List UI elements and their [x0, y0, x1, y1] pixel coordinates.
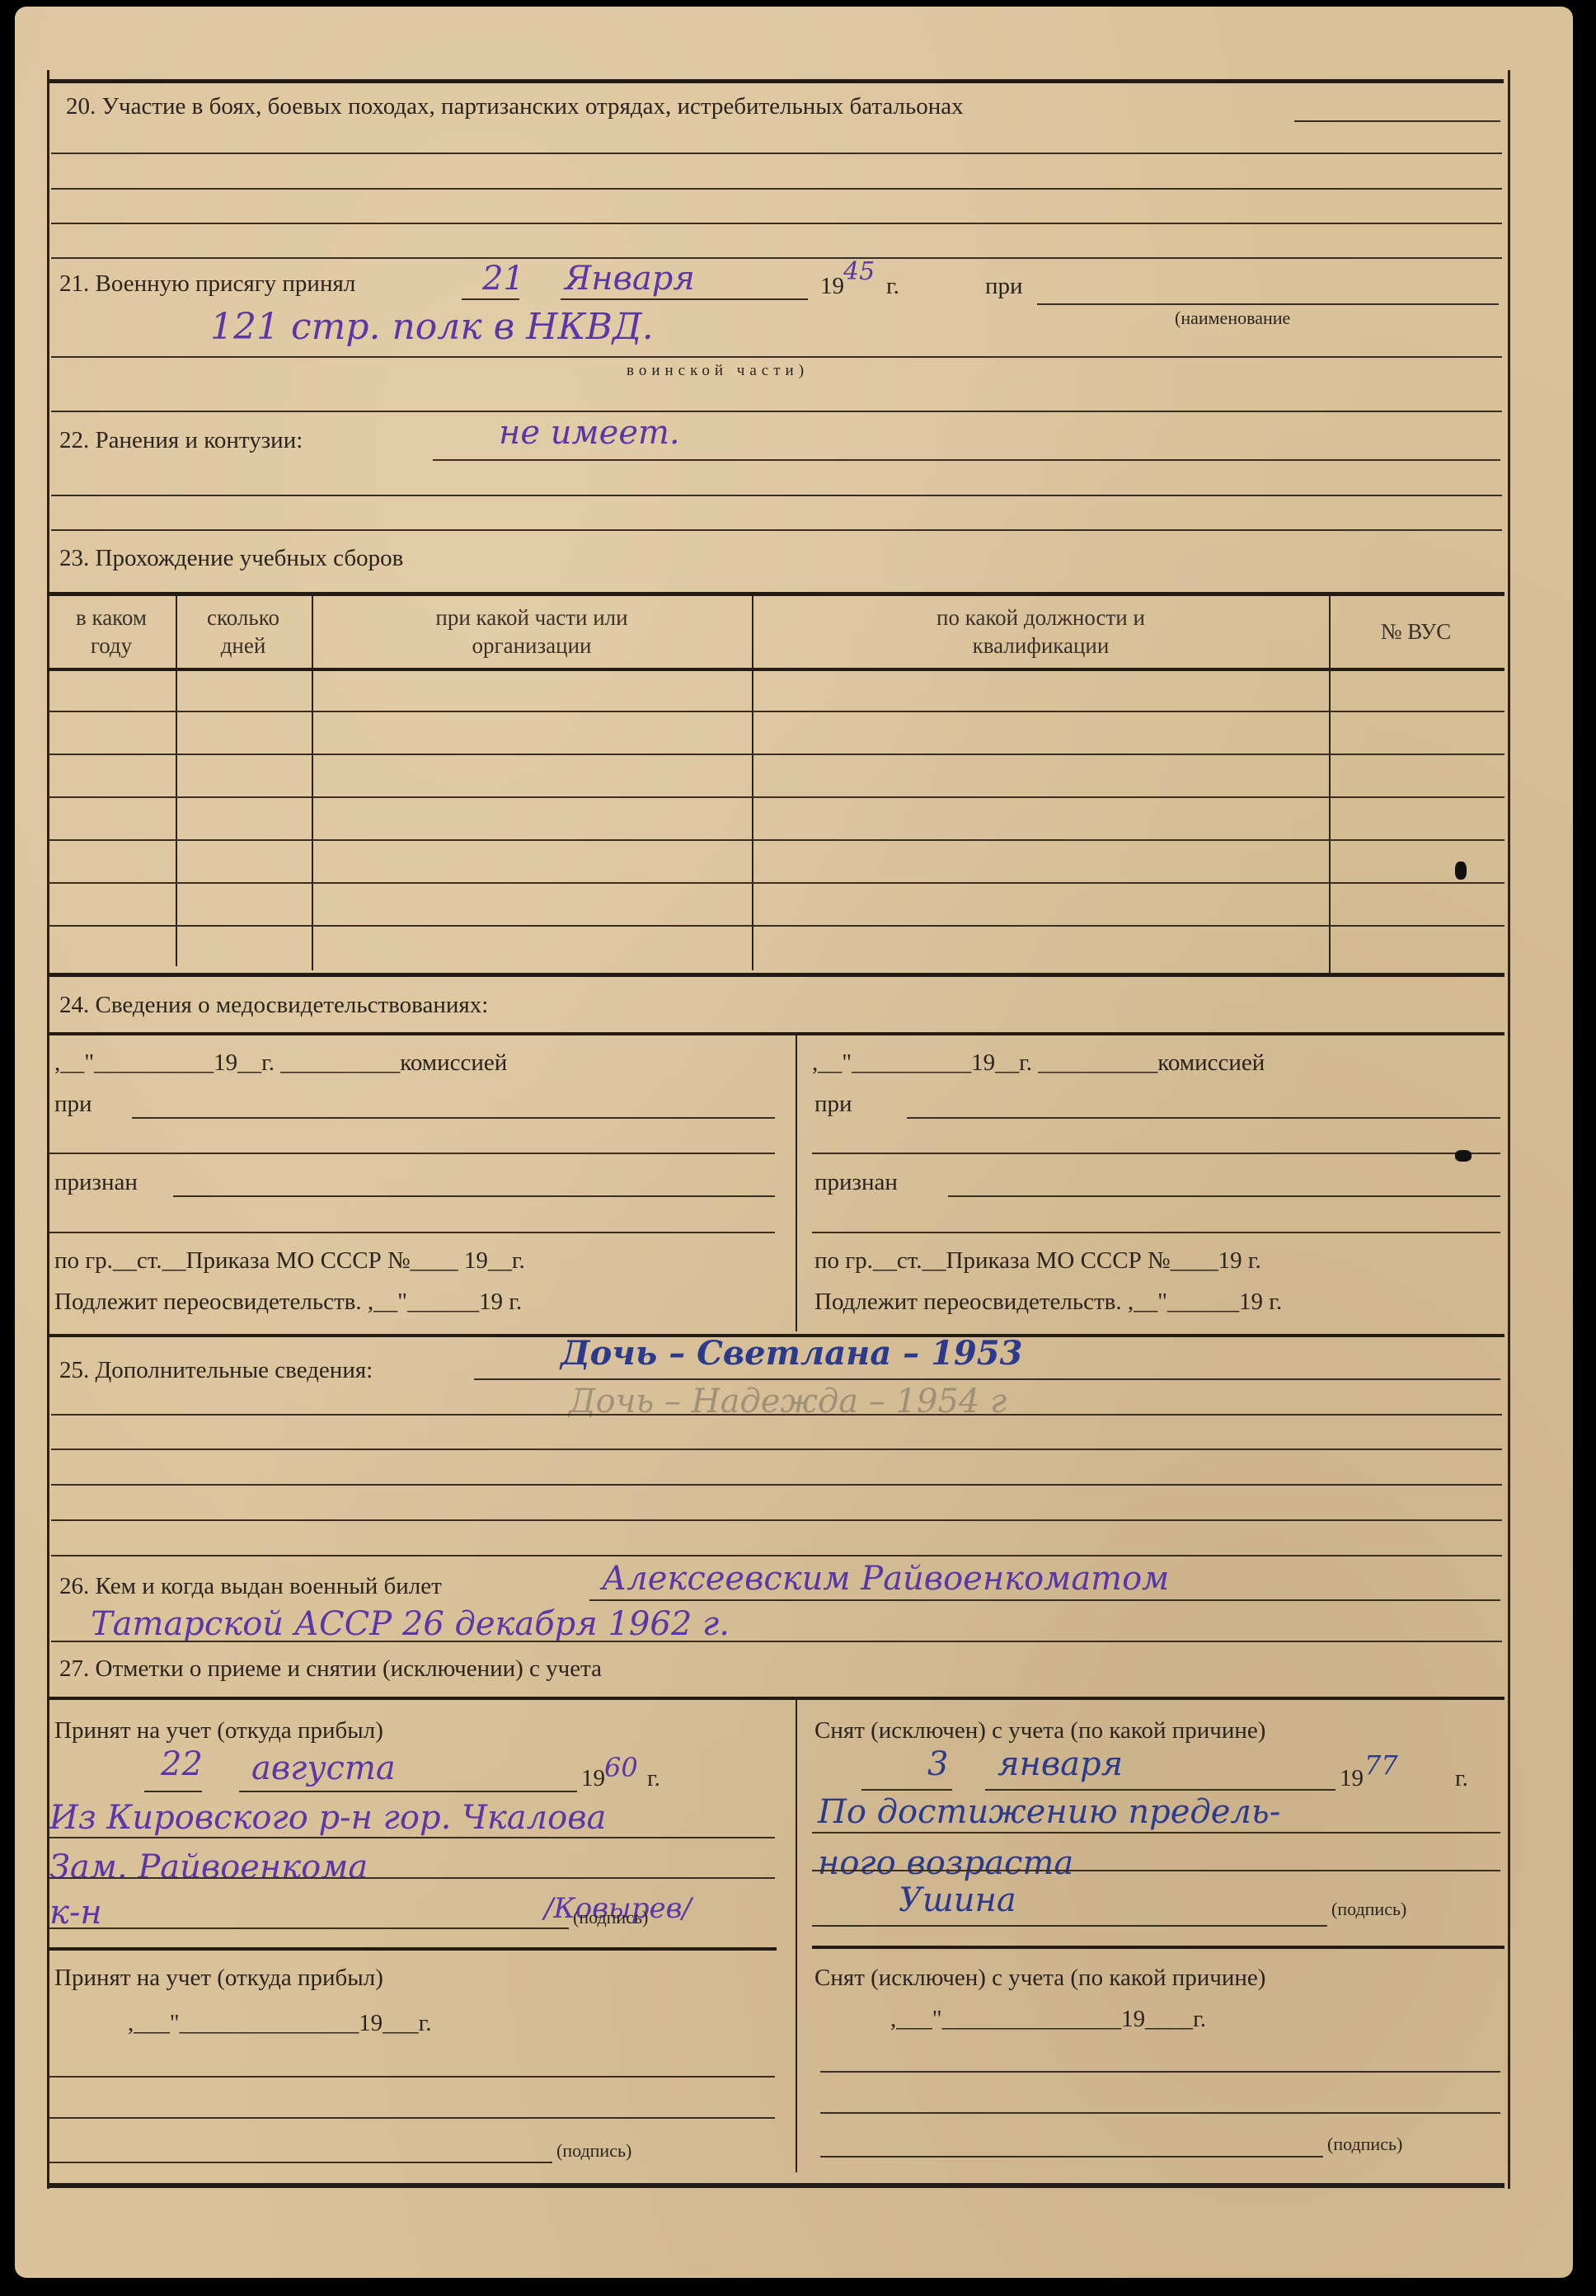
- caption-unit: воинской части): [627, 363, 809, 378]
- col-divider: [796, 1035, 797, 1331]
- underline: [51, 356, 1502, 358]
- underline: [462, 298, 519, 300]
- header-text: дней: [177, 632, 309, 660]
- col-header-year: в каком году: [49, 604, 173, 660]
- accepted-title: Принят на учет (откуда прибыл): [54, 1719, 383, 1743]
- section-26-label: 26. Кем и когда выдан военный билет: [59, 1575, 442, 1599]
- oath-unit: 121 стр. полк в НКВД.: [210, 309, 654, 345]
- divider: [51, 411, 1502, 412]
- med-recheck: Подлежит переосвидетельств. ,__"______19…: [54, 1290, 522, 1314]
- row-line: [47, 925, 1504, 927]
- underline: [49, 1232, 775, 1233]
- underline: [812, 1832, 1500, 1834]
- divider: [47, 1032, 1504, 1035]
- header-text: при какой части или: [313, 604, 750, 632]
- oath-pri: при: [985, 275, 1023, 298]
- removed-month: января: [997, 1748, 1123, 1781]
- header-bottom: [47, 668, 1504, 671]
- underline: [812, 1153, 1500, 1154]
- med-date: ,__"__________19__г. __________комиссией: [812, 1051, 1265, 1075]
- sign-caption: (подпись): [573, 1909, 648, 1927]
- section-21-label: 21. Военную присягу принял: [59, 272, 355, 296]
- oath-year-suffix: 45: [843, 260, 875, 284]
- col-header-vus: № ВУС: [1331, 618, 1500, 646]
- header-text: № ВУС: [1331, 618, 1500, 646]
- ink-blot: [1455, 862, 1467, 880]
- underline: [561, 298, 808, 300]
- removed-reason-2: ного возраста: [818, 1847, 1073, 1880]
- oath-day: 21: [482, 262, 524, 295]
- bottom-border: [47, 2183, 1504, 2188]
- underline: [49, 2117, 775, 2119]
- oath-month: Января: [565, 262, 695, 295]
- removed-year-suffix: 77: [1364, 1752, 1398, 1778]
- section-20-line: [51, 153, 1502, 154]
- divider: [51, 1414, 1502, 1416]
- section-24-label: 24. Сведения о медосвидетельствованиях:: [59, 993, 488, 1017]
- signature-line: [49, 2162, 552, 2163]
- accepted-from: Из Кировского р-н гор. Чкалова: [49, 1801, 606, 1834]
- accepted-year-prefix: 19: [581, 1767, 605, 1791]
- underline: [49, 1153, 775, 1154]
- med-order: по гр.__ст.__Приказа МО СССР №____19 г.: [814, 1249, 1261, 1273]
- underline: [144, 1791, 202, 1792]
- sign-caption: (подпись): [1331, 1900, 1406, 1918]
- col-divider: [796, 1698, 797, 2172]
- row-line: [47, 839, 1504, 841]
- underline: [433, 459, 1500, 461]
- underline: [820, 2112, 1500, 2114]
- underline: [985, 1789, 1335, 1791]
- military-id-issuer: Алексеевским Райвоенкоматом: [602, 1562, 1169, 1595]
- divider: [47, 1697, 1504, 1700]
- section-20-label: 20. Участие в боях, боевых походах, парт…: [66, 95, 964, 119]
- accepted-rank: к-н: [49, 1896, 102, 1929]
- sign-caption: (подпись): [1327, 2135, 1402, 2153]
- divider: [812, 1946, 1504, 1949]
- row-line: [47, 796, 1504, 798]
- accepted-title: Принят на учет (откуда прибыл): [54, 1966, 383, 1990]
- underline: [173, 1195, 775, 1197]
- med-recheck: Подлежит переосвидетельств. ,__"______19…: [814, 1290, 1282, 1314]
- underline: [239, 1791, 577, 1792]
- top-border: [49, 79, 1504, 83]
- section-25-label: 25. Дополнительные сведения:: [59, 1359, 373, 1383]
- signature-line: [812, 1925, 1327, 1927]
- underline: [132, 1117, 775, 1119]
- med-pri: при: [814, 1092, 852, 1116]
- underline: [49, 1837, 775, 1838]
- med-order: по гр.__ст.__Приказа МО СССР №____ 19__г…: [54, 1249, 525, 1273]
- military-id-issued: Татарской АССР 26 декабря 1962 г.: [91, 1608, 730, 1641]
- col-divider: [752, 595, 753, 970]
- signature-line: [49, 1927, 569, 1929]
- section-20-line: [51, 188, 1502, 190]
- accepted-officer: Зам. Райвоенкома: [49, 1851, 368, 1884]
- underline: [812, 1870, 1500, 1871]
- med-priznan: признан: [54, 1171, 138, 1195]
- removed-year-prefix: 19: [1340, 1767, 1364, 1791]
- col-divider: [1329, 595, 1331, 974]
- accepted-day: 22: [161, 1748, 203, 1781]
- oath-year-g: г.: [886, 275, 899, 298]
- col-divider: [176, 595, 177, 966]
- wounds-value: не имеет.: [499, 416, 680, 449]
- header-text: в каком: [49, 604, 173, 632]
- removed-g: г.: [1455, 1767, 1468, 1791]
- removed-reason-1: По достижению предель-: [818, 1796, 1280, 1829]
- underline: [907, 1117, 1500, 1119]
- divider: [51, 1484, 1502, 1486]
- section-20-line: [1294, 120, 1500, 122]
- accepted-year-suffix: 60: [604, 1754, 638, 1781]
- accepted-g: г.: [647, 1767, 660, 1791]
- section-20-line: [51, 223, 1502, 224]
- extra-info-line1: Дочь – Светлана – 1953: [561, 1337, 1022, 1370]
- section-23-label: 23. Прохождение учебных сборов: [59, 547, 403, 570]
- section-22-label: 22. Ранения и контузии:: [59, 429, 303, 453]
- underline: [49, 1877, 775, 1879]
- header-text: организации: [313, 632, 750, 660]
- divider: [47, 1947, 777, 1951]
- underline: [589, 1599, 1500, 1601]
- table-top-border: [47, 592, 1504, 596]
- underline: [1037, 303, 1499, 305]
- signature-line: [820, 2156, 1323, 2157]
- divider: [51, 495, 1502, 496]
- med-priznan: признан: [814, 1171, 898, 1195]
- underline: [49, 2076, 775, 2078]
- sign-caption: (подпись): [556, 2142, 631, 2160]
- header-text: сколько: [177, 604, 309, 632]
- underline: [820, 2071, 1500, 2073]
- underline: [948, 1195, 1500, 1197]
- removed-date: ,___"_______________19____г.: [890, 2007, 1206, 2031]
- divider: [51, 1448, 1502, 1450]
- removed-title: Снят (исключен) с учета (по какой причин…: [814, 1719, 1265, 1743]
- oath-year-prefix: 19: [820, 275, 844, 298]
- section-20-line: [51, 257, 1502, 259]
- med-pri: при: [54, 1092, 92, 1116]
- section-27-label: 27. Отметки о приеме и снятии (исключени…: [59, 1657, 602, 1681]
- removed-signature: Ушина: [899, 1884, 1016, 1917]
- row-line: [47, 711, 1504, 712]
- caption-name: (наименование: [1175, 309, 1290, 327]
- divider: [51, 1555, 1502, 1556]
- col-header-days: сколько дней: [177, 604, 309, 660]
- col-header-position: по какой должности и квалификации: [754, 604, 1327, 660]
- row-line: [47, 754, 1504, 755]
- underline: [861, 1789, 952, 1791]
- ink-blot: [1455, 1150, 1472, 1162]
- table-bottom-border: [47, 973, 1504, 977]
- removed-title: Снят (исключен) с учета (по какой причин…: [814, 1966, 1265, 1990]
- header-text: квалификации: [754, 632, 1327, 660]
- divider: [51, 1519, 1502, 1521]
- accepted-date: ,___"_______________19___г.: [128, 2012, 431, 2035]
- col-header-unit: при какой части или организации: [313, 604, 750, 660]
- row-line: [47, 882, 1504, 884]
- underline: [51, 1641, 1502, 1642]
- extra-info-line2: Дочь – Надежда – 1954 г: [569, 1385, 1007, 1418]
- med-date: ,__"__________19__г. __________комиссией: [54, 1051, 507, 1075]
- underline: [812, 1232, 1500, 1233]
- header-text: году: [49, 632, 173, 660]
- accepted-month: августа: [251, 1752, 396, 1785]
- divider: [51, 529, 1502, 531]
- removed-day: 3: [927, 1748, 948, 1781]
- header-text: по какой должности и: [754, 604, 1327, 632]
- col-divider: [312, 595, 313, 970]
- underline: [474, 1378, 1500, 1380]
